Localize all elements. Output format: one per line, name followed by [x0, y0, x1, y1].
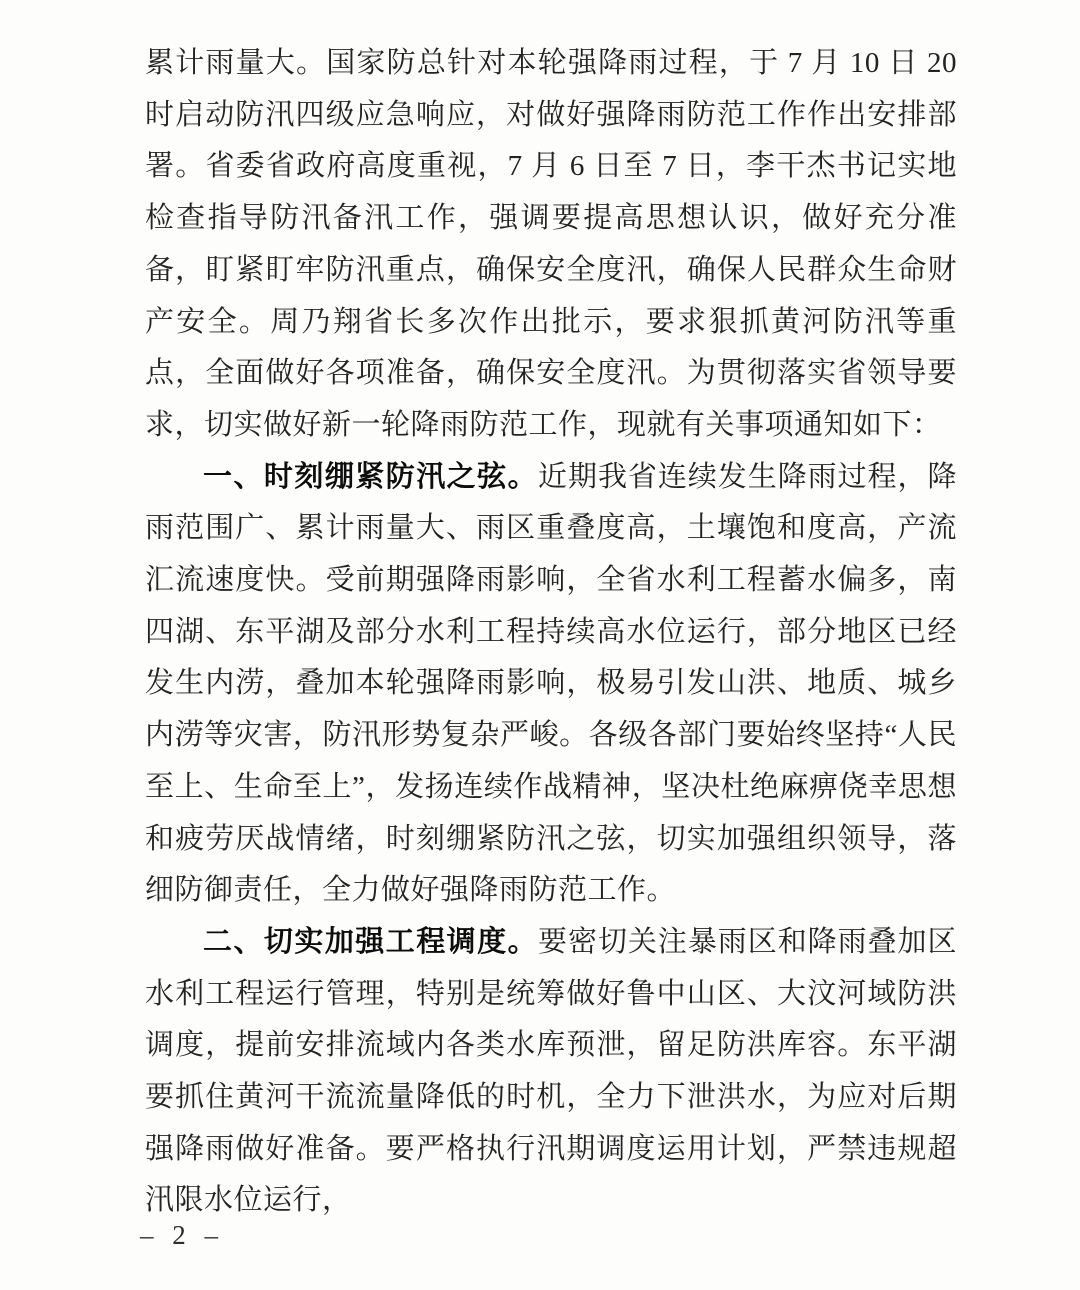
- section-1-text: 近期我省连续发生降雨过程，降雨范围广、累计雨量大、雨区重叠度高，土壤饱和度高，产…: [145, 461, 957, 907]
- section-1-heading: 一、时刻绷紧防汛之弦。: [203, 461, 538, 493]
- section-2-text: 要密切关注暴雨区和降雨叠加区水利工程运行管理，特别是统筹做好鲁中山区、大汶河域防…: [145, 926, 957, 1217]
- document-body: 累计雨量大。国家防总针对本轮强降雨过程，于 7 月 10 日 20 时启动防汛四…: [145, 38, 957, 1227]
- page-number: – 2 –: [140, 1220, 224, 1251]
- paragraph-section-2: 二、切实加强工程调度。要密切关注暴雨区和降雨叠加区水利工程运行管理，特别是统筹做…: [145, 917, 957, 1227]
- section-2-heading: 二、切实加强工程调度。: [203, 926, 538, 958]
- paragraph-section-1: 一、时刻绷紧防汛之弦。近期我省连续发生降雨过程，降雨范围广、累计雨量大、雨区重叠…: [145, 452, 957, 917]
- scanned-document-page: 累计雨量大。国家防总针对本轮强降雨过程，于 7 月 10 日 20 时启动防汛四…: [0, 0, 1080, 1290]
- paragraph-continuation: 累计雨量大。国家防总针对本轮强降雨过程，于 7 月 10 日 20 时启动防汛四…: [145, 38, 957, 452]
- paragraph-1-text: 累计雨量大。国家防总针对本轮强降雨过程，于 7 月 10 日 20 时启动防汛四…: [145, 47, 957, 441]
